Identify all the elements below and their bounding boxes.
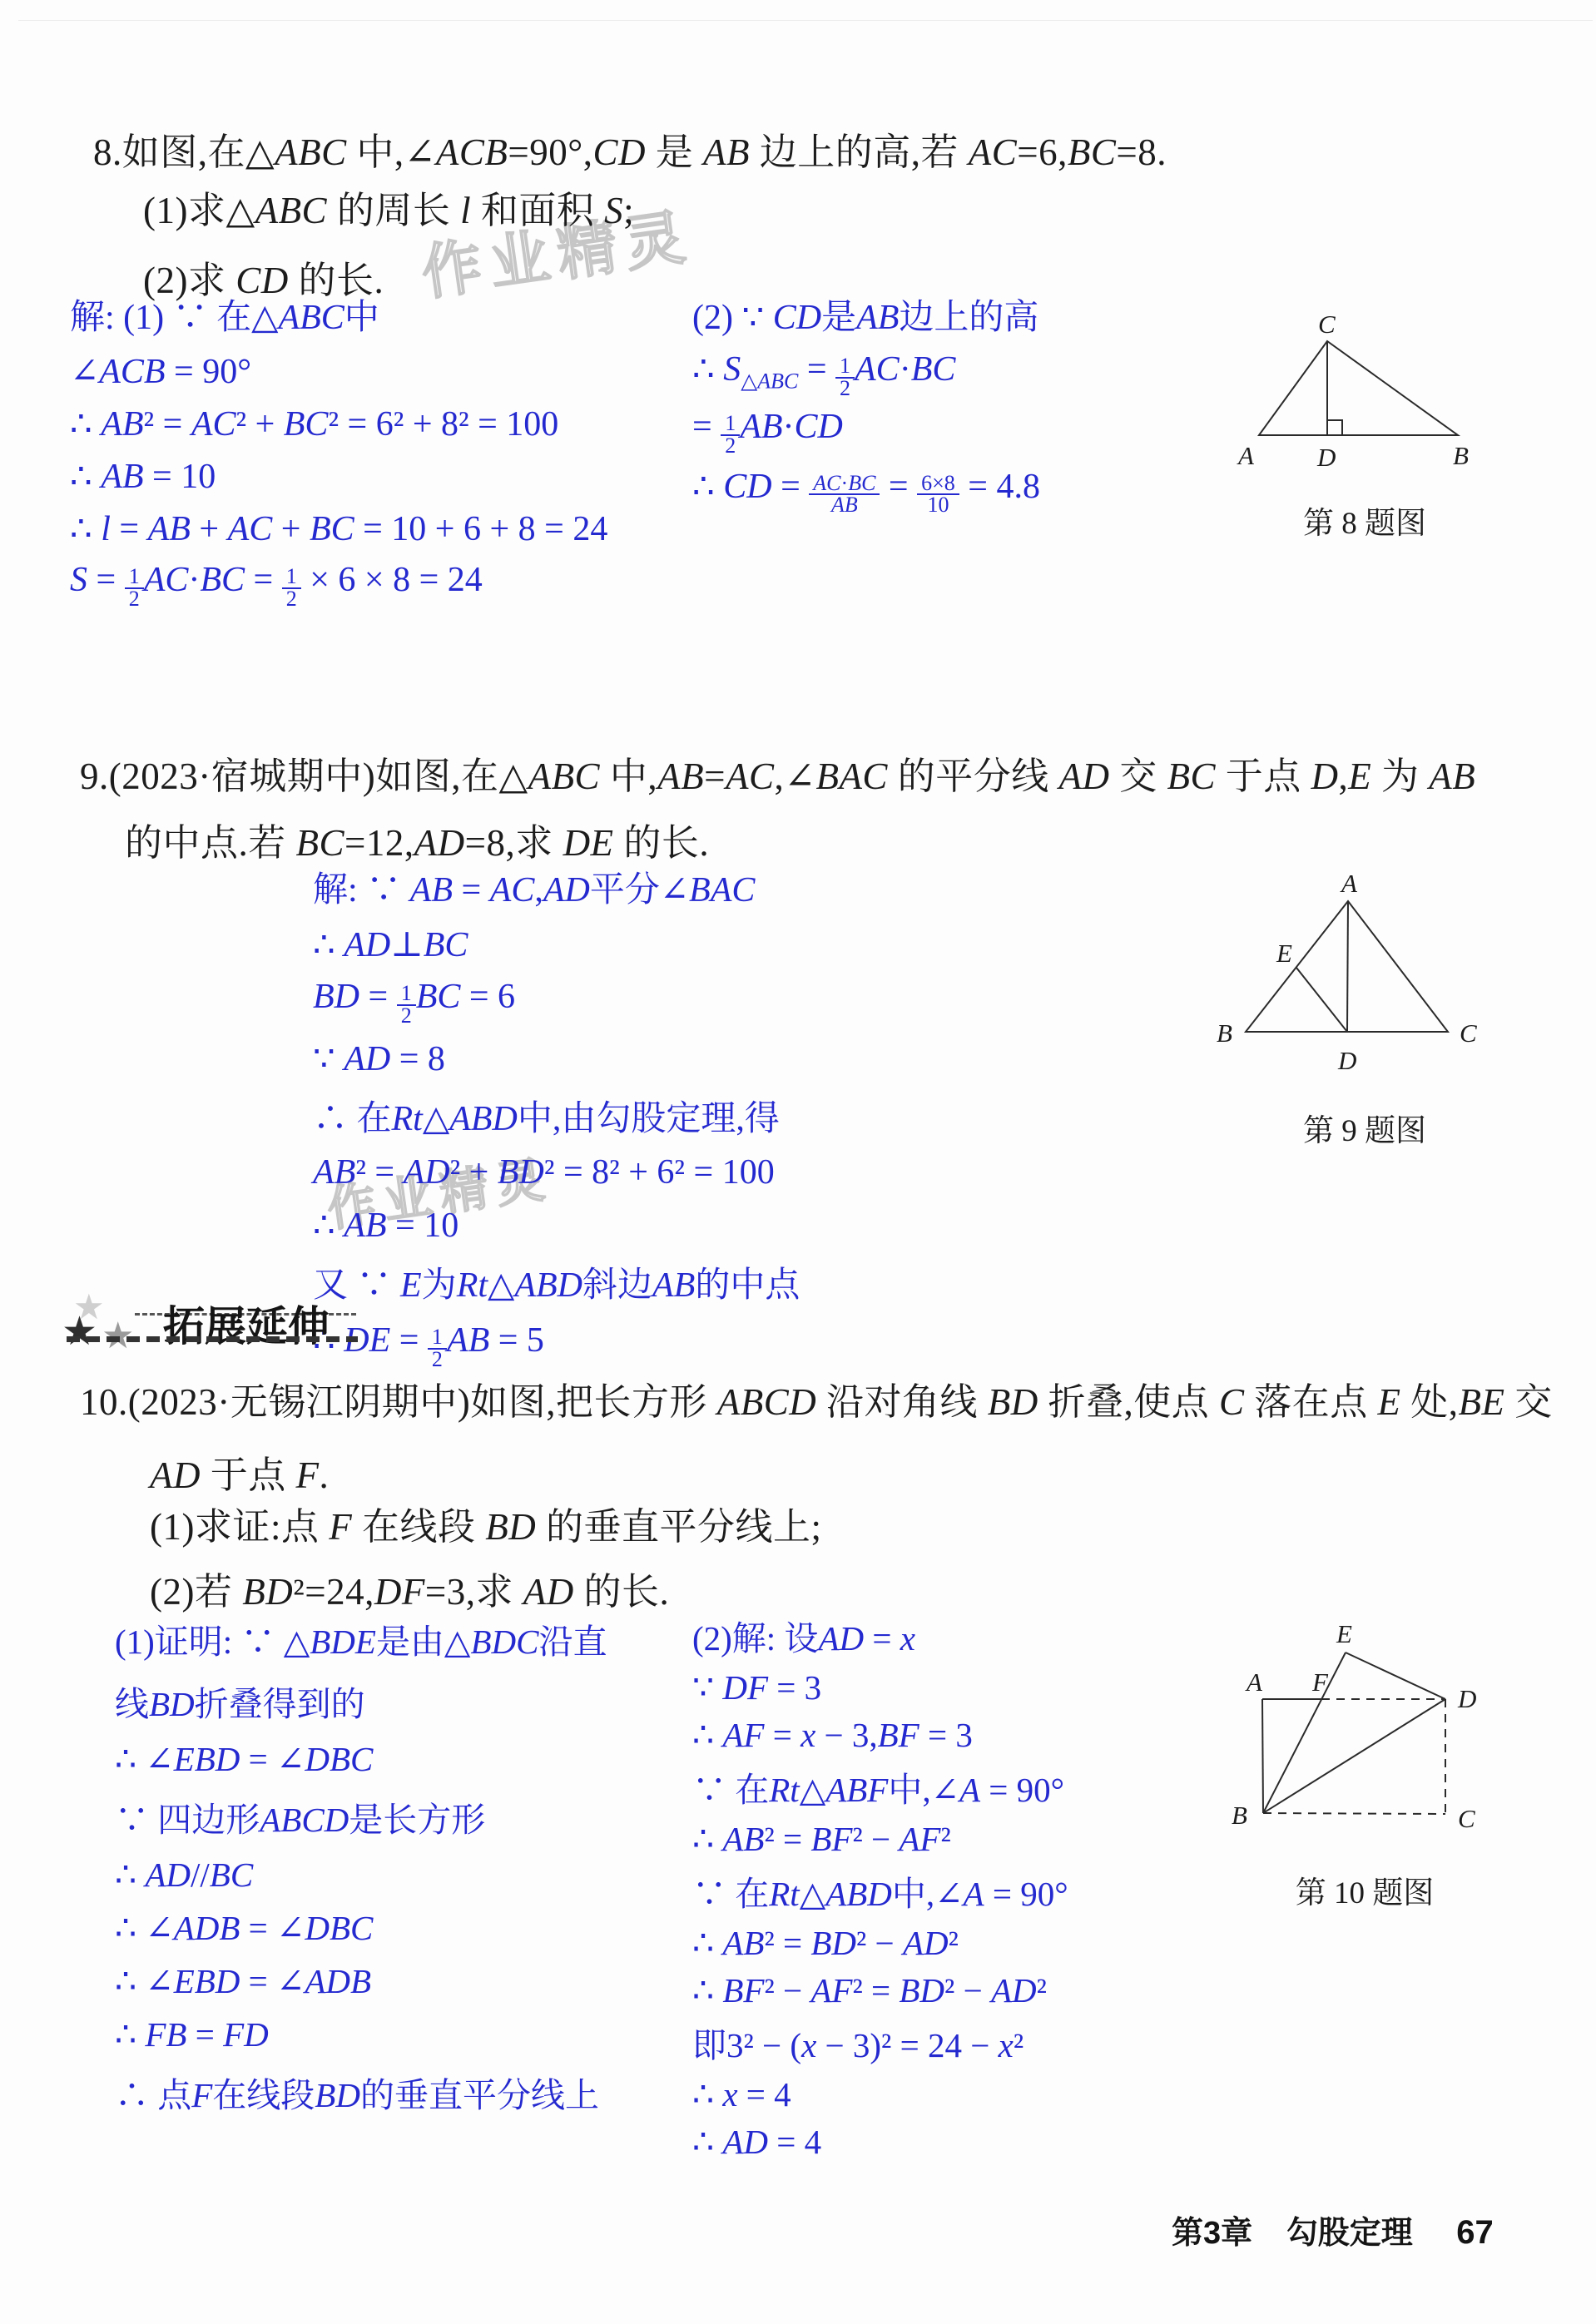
math-variable: ACB	[436, 131, 508, 173]
math-variable: BC	[284, 405, 329, 443]
problem8-subquestion-1: (1)求△ABC 的周长 l 和面积 S;	[143, 180, 634, 234]
vertex-label-e: E	[1336, 1619, 1352, 1648]
segment-be	[1263, 1653, 1346, 1813]
math-variable: ABD	[514, 1266, 582, 1305]
math-variable: AC	[813, 471, 840, 495]
math-variable: BC	[911, 350, 956, 389]
math-variable: AB	[740, 408, 782, 446]
math-variable: DF	[374, 1571, 425, 1613]
math-variable: BDE	[310, 1623, 376, 1661]
math-variable: CD	[773, 299, 821, 337]
math-variable: x	[801, 2026, 816, 2064]
solution-line: ∴ l = AB + AC + BC = 10 + 6 + 8 = 24	[70, 508, 690, 549]
solution-line: ∴ S△ABC = 12AC·BC	[692, 348, 1183, 399]
problem9-triangle-diagram: A B C D E	[1198, 865, 1589, 1090]
vertex-label-f: F	[1311, 1667, 1329, 1697]
math-variable: AB	[344, 1207, 386, 1245]
solution-line: ∠ACB = 90°	[70, 350, 690, 392]
math-variable: AB	[101, 405, 143, 443]
math-variable: AC	[969, 131, 1018, 173]
problem8-figure-caption: 第 8 题图	[1207, 498, 1523, 543]
math-variable: ADB	[174, 1909, 240, 1947]
math-variable: ABF	[825, 1771, 888, 1809]
math-variable: BC	[200, 561, 245, 599]
math-variable: AC	[726, 756, 775, 797]
math-variable: ABC	[528, 756, 601, 797]
math-variable: BD	[498, 1153, 544, 1192]
solution-line: = 12AB·CD	[692, 407, 1183, 456]
math-variable: AD	[145, 1856, 191, 1894]
problem10-solution-right-column: (2)解: 设AD = x∵ DF = 3∴ AF = x − 3,BF = 3…	[692, 1611, 1208, 2169]
math-variable: BF	[810, 1820, 852, 1858]
math-variable: AC	[855, 350, 900, 389]
problem9-stem-line2: 的中点.若 BC=12,AD=8,求 DE 的长.	[125, 812, 709, 866]
math-variable: BC	[1167, 756, 1216, 797]
diagonal-bd	[1263, 1699, 1445, 1813]
math-variable: BAC	[815, 756, 888, 797]
math-variable: C	[1219, 1381, 1245, 1423]
solution-line: 解: ∵ AB = AC,AD平分∠BAC	[313, 862, 920, 912]
math-variable: E	[1348, 756, 1371, 797]
solution-line: ∴ CD = AC·BCAB = 6×810 = 4.8	[692, 465, 1183, 516]
segment-ed	[1346, 1653, 1445, 1699]
math-variable: ABC	[255, 190, 328, 231]
math-variable: AD	[344, 926, 390, 964]
math-variable: AB	[703, 131, 750, 173]
vertex-label-a: A	[1245, 1667, 1263, 1697]
problem10-stem-line2: AD 于点 F.	[150, 1444, 329, 1499]
fraction: 12	[125, 567, 144, 609]
math-variable: x	[900, 1619, 915, 1658]
triangle-abc	[1259, 341, 1458, 435]
solution-line: ∴ DE = 12AB = 5	[313, 1319, 920, 1370]
vertex-label-b: B	[1453, 441, 1469, 470]
vertex-label-d: D	[1316, 443, 1336, 472]
vertex-label-d: D	[1457, 1684, 1476, 1713]
segment-ad	[1347, 901, 1348, 1032]
math-variable: AB	[856, 299, 899, 337]
math-variable: BD	[810, 1924, 856, 1962]
math-variable: AD	[150, 1454, 201, 1496]
math-variable: D	[1311, 756, 1339, 797]
segment-ed	[1296, 968, 1347, 1032]
solution-line: (1)证明: ∵ △BDE是由△BDC沿直	[115, 1614, 697, 1663]
solution-line: ∴ 点F在线段BD的垂直平分线上	[115, 2068, 697, 2117]
vertex-label-d: D	[1337, 1046, 1356, 1075]
math-variable: BC	[296, 822, 345, 864]
solution-line: ∵ AD = 8	[313, 1038, 920, 1079]
math-variable: E	[400, 1266, 422, 1305]
solution-line: (2) ∵ CD是AB边上的高	[692, 290, 1183, 339]
side-ab	[1262, 1699, 1263, 1813]
math-variable: F	[296, 1454, 320, 1496]
page-edge-line	[18, 20, 1593, 21]
math-variable: A	[964, 1875, 984, 1913]
math-variable: ABC	[278, 299, 344, 337]
math-variable: x	[722, 2075, 737, 2113]
problem8-triangle-diagram: A D B C	[1207, 313, 1573, 488]
solution-line: AB² = AD² + BD² = 8² + 6² = 100	[313, 1152, 920, 1192]
math-variable: AD	[523, 1571, 574, 1613]
fraction: AC·BCAB	[809, 473, 880, 516]
solution-line: ∴ AB² = BF² − AF²	[692, 1819, 1208, 1859]
math-variable: EBD	[174, 1962, 240, 2000]
math-variable: BC	[424, 926, 468, 964]
solution-line: ∵ DF = 3	[692, 1667, 1208, 1707]
math-variable: Rt	[769, 1875, 799, 1913]
math-variable: AF	[810, 1971, 852, 2009]
math-variable: AB	[652, 1266, 695, 1305]
solution-line: ∴ AB² = BD² − AD²	[692, 1923, 1208, 1963]
math-variable: AD	[991, 1971, 1037, 2009]
math-variable: AC	[191, 405, 236, 443]
math-variable: AD	[543, 871, 590, 909]
vertex-label-c: C	[1460, 1018, 1477, 1048]
math-variable: DF	[722, 1668, 768, 1707]
math-variable: BD	[149, 1685, 195, 1723]
vertex-label-b: B	[1232, 1801, 1247, 1830]
math-variable: AC	[490, 871, 535, 909]
math-variable: AB	[722, 1820, 764, 1858]
problem8-stem: 8.如图,在△ABC 中,∠ACB=90°,CD 是 AB 边上的高,若 AC=…	[93, 121, 1167, 176]
math-variable: DBC	[305, 1909, 373, 1947]
star-icon: ★	[62, 1311, 97, 1351]
math-variable: CD	[723, 468, 771, 506]
math-variable: AF	[899, 1820, 940, 1858]
right-angle-mark	[1327, 420, 1342, 435]
math-variable: BE	[1459, 1381, 1505, 1423]
solution-line: ∴ AD⊥BC	[313, 924, 920, 965]
math-variable: AD	[414, 822, 465, 864]
math-variable: l	[101, 510, 111, 548]
solution-line: 线BD折叠得到的	[115, 1677, 697, 1726]
math-variable: BD	[899, 1971, 944, 2009]
fraction: 12	[721, 414, 740, 456]
math-variable: AB	[1429, 756, 1475, 797]
fraction: 12	[397, 984, 416, 1026]
solution-line: ∴ x = 4	[692, 2074, 1208, 2114]
math-variable: ACB	[99, 353, 165, 391]
math-variable: l	[460, 190, 471, 231]
math-variable: AD	[818, 1619, 864, 1658]
math-variable: BC	[1068, 131, 1117, 173]
fraction: 12	[428, 1327, 447, 1370]
solution-line: ∴ BF² − AF² = BD² − AD²	[692, 1970, 1208, 2010]
problem10-stem-line1: 10.(2023·无锡江阴期中)如图,把长方形 ABCD 沿对角线 BD 折叠,…	[80, 1371, 1553, 1425]
math-variable: BDC	[470, 1623, 538, 1661]
math-variable: BC	[210, 1856, 253, 1894]
problem9-figure: A B C D E 第 9 题图	[1198, 865, 1589, 1144]
side-bc-dashed	[1263, 1813, 1445, 1814]
vertex-label-c: C	[1318, 313, 1336, 339]
math-variable: DBC	[305, 1740, 373, 1778]
section-header-extension: 拓展延伸	[163, 1293, 330, 1353]
vertex-label-e: E	[1276, 939, 1292, 968]
math-variable: AC	[228, 510, 273, 548]
math-variable: BC	[310, 510, 354, 548]
math-variable: S	[604, 190, 623, 231]
math-variable: AB	[831, 493, 858, 517]
math-variable: AB	[447, 1321, 489, 1360]
problem9-stem-line1: 9.(2023·宿城期中)如图,在△ABC 中,AB=AC,∠BAC 的平分线 …	[80, 746, 1475, 800]
math-variable: S	[70, 561, 87, 599]
math-variable: AB	[148, 510, 191, 548]
math-variable: DE	[563, 822, 614, 864]
solution-line: ∴ AD//BC	[115, 1855, 697, 1895]
solution-line: ∴ 在Rt△ABD中,由勾股定理,得	[313, 1091, 920, 1141]
problem10-fold-diagram: E A F D B C	[1198, 1618, 1589, 1851]
problem9-solution: 解: ∵ AB = AC,AD平分∠BAC∴ AD⊥BCBD = 12BC = …	[313, 862, 920, 1382]
math-variable: Rt	[392, 1100, 423, 1138]
math-variable: AD	[1058, 756, 1109, 797]
solution-line: ∴ ∠EBD = ∠DBC	[115, 1739, 697, 1779]
math-variable: Rt	[769, 1771, 799, 1809]
math-variable: BF	[722, 1971, 764, 2009]
math-variable: ABD	[825, 1875, 892, 1913]
solution-line: ∴ ∠EBD = ∠ADB	[115, 1961, 697, 2001]
footer-book-title: 勾股定理	[1286, 2216, 1413, 2251]
math-variable: AD	[903, 1924, 949, 1962]
problem9-figure-caption: 第 9 题图	[1198, 1105, 1531, 1150]
math-variable: ABCD	[260, 1801, 349, 1839]
math-variable: CD	[795, 408, 843, 446]
math-variable: ADB	[305, 1962, 371, 2000]
solution-line: ∴ AB² = AC² + BC² = 6² + 8² = 100	[70, 403, 690, 444]
math-variable: BD	[242, 1571, 293, 1613]
math-variable: EBD	[174, 1740, 240, 1778]
subscript: △ABC	[741, 369, 798, 393]
math-variable: Rt	[457, 1266, 488, 1305]
math-variable: ABD	[449, 1100, 518, 1138]
math-variable: BC	[416, 978, 461, 1016]
workbook-page: 作业精灵 作业精灵 8.如图,在△ABC 中,∠ACB=90°,CD 是 AB …	[0, 0, 1596, 2324]
math-variable: ABCD	[717, 1381, 817, 1423]
math-variable: BAC	[689, 871, 755, 909]
math-variable: FB	[145, 2015, 186, 2054]
solution-line: ∴ AB = 10	[313, 1204, 920, 1246]
math-variable: AB	[410, 871, 453, 909]
page-footer: 第3章 勾股定理 67	[1172, 2207, 1494, 2252]
problem8-solution-left-column: 解: (1) ∵ 在△ABC中∠ACB = 90°∴ AB² = AC² + B…	[70, 290, 690, 620]
math-variable: AF	[722, 1716, 764, 1754]
math-variable: S	[723, 350, 741, 389]
math-variable: F	[329, 1506, 352, 1548]
fraction: 12	[282, 567, 301, 609]
footer-page-number: 67	[1456, 2214, 1494, 2251]
problem10-figure-caption: 第 10 题图	[1198, 1867, 1531, 1912]
vertex-label-a: A	[1237, 441, 1255, 470]
math-variable: BD	[485, 1506, 536, 1548]
math-variable: BD	[988, 1381, 1038, 1423]
problem10-subquestion-1: (1)求证:点 F 在线段 BD 的垂直平分线上;	[150, 1496, 822, 1550]
solution-line: ∵ 四边形ABCD是长方形	[115, 1792, 697, 1841]
header-dashed-band	[67, 1336, 358, 1342]
problem10-solution-left-column: (1)证明: ∵ △BDE是由△BDC沿直线BD折叠得到的∴ ∠EBD = ∠D…	[115, 1614, 697, 2130]
vertex-label-b: B	[1217, 1018, 1232, 1048]
math-variable: AB	[722, 1924, 764, 1962]
math-variable: AB	[101, 458, 143, 496]
math-variable: BD	[315, 2076, 360, 2114]
math-variable: BF	[878, 1716, 919, 1754]
math-variable: AD	[344, 1040, 390, 1078]
fraction: 6×810	[917, 473, 959, 516]
vertex-label-a: A	[1340, 869, 1358, 898]
solution-line: ∵ 在Rt△ABD中,∠A = 90°	[692, 1866, 1208, 1915]
math-variable: AD	[722, 2123, 768, 2161]
math-variable: E	[1378, 1381, 1401, 1423]
solution-line: 解: (1) ∵ 在△ABC中	[70, 290, 690, 339]
math-variable: F	[191, 2076, 212, 2114]
solution-line: ∴ ∠ADB = ∠DBC	[115, 1908, 697, 1948]
solution-line: S = 12AC·BC = 12 × 6 × 8 = 24	[70, 560, 690, 609]
solution-line: 又 ∵ E为Rt△ABD斜边AB的中点	[313, 1257, 920, 1307]
math-variable: ABC	[757, 369, 798, 393]
math-variable: CD	[592, 131, 646, 173]
math-variable: FD	[223, 2015, 269, 2054]
solution-line: 即3² − (x − 3)² = 24 − x²	[692, 2018, 1208, 2067]
math-variable: A	[959, 1771, 980, 1809]
math-variable: ABC	[275, 131, 347, 173]
math-variable: AB	[657, 756, 704, 797]
fraction: 12	[835, 356, 855, 399]
problem10-figure: E A F D B C 第 10 题图	[1198, 1618, 1589, 1905]
math-variable: AB	[313, 1153, 355, 1192]
solution-line: ∴ AB = 10	[70, 455, 690, 497]
footer-chapter: 第3章	[1172, 2216, 1252, 2251]
solution-line: ∴ AD = 4	[692, 2122, 1208, 2162]
solution-line: ∴ FB = FD	[115, 2014, 697, 2054]
solution-line: ∵ 在Rt△ABF中,∠A = 90°	[692, 1762, 1208, 1811]
math-variable: AD	[404, 1153, 450, 1192]
math-variable: BD	[313, 978, 359, 1016]
math-variable: BC	[848, 471, 875, 495]
math-variable: x	[999, 2026, 1014, 2064]
solution-line: (2)解: 设AD = x	[692, 1611, 1208, 1660]
math-variable: x	[800, 1716, 815, 1754]
vertex-label-c: C	[1458, 1804, 1475, 1833]
problem8-solution-right-column: (2) ∵ CD是AB边上的高∴ S△ABC = 12AC·BC= 12AB·C…	[692, 290, 1183, 524]
math-variable: AC	[144, 561, 189, 599]
solution-line: ∴ AF = x − 3,BF = 3	[692, 1715, 1208, 1755]
problem8-figure: A D B C 第 8 题图	[1207, 313, 1573, 546]
problem10-subquestion-2: (2)若 BD²=24,DF=3,求 AD 的长.	[150, 1561, 669, 1615]
solution-line: BD = 12BC = 6	[313, 977, 920, 1026]
